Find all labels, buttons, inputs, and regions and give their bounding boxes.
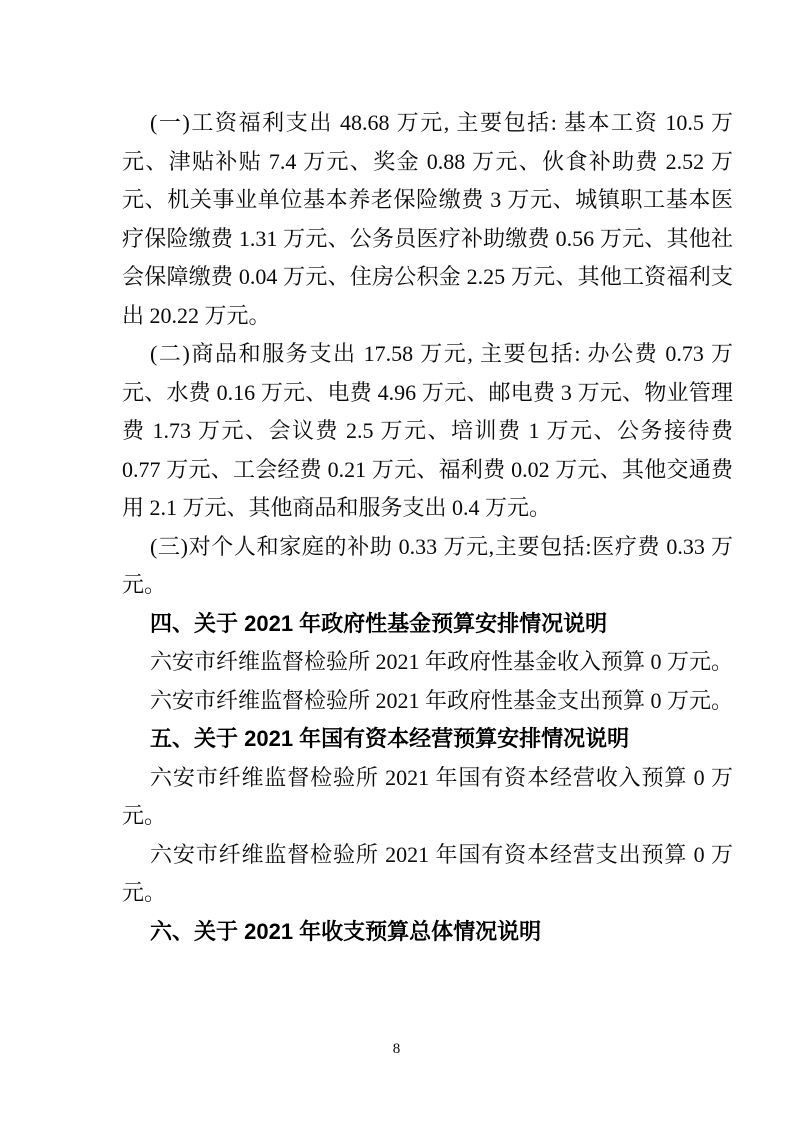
section-heading-government-fund-budget: 四、关于 2021 年政府性基金预算安排情况说明 [122, 605, 733, 644]
page-number: 8 [393, 1041, 401, 1057]
paragraph-goods-services-expense: (二)商品和服务支出 17.58 万元, 主要包括: 办公费 0.73 万元、水… [122, 335, 733, 528]
paragraph-state-capital-expenditure: 六安市纤维监督检验所 2021 年国有资本经营支出预算 0 万元。 [122, 836, 733, 913]
paragraph-government-fund-revenue: 六安市纤维监督检验所 2021 年政府性基金收入预算 0 万元。 [122, 643, 733, 682]
paragraph-individual-family-subsidy: (三)对个人和家庭的补助 0.33 万元,主要包括:医疗费 0.33 万元。 [122, 528, 733, 605]
paragraph-government-fund-expenditure: 六安市纤维监督检验所 2021 年政府性基金支出预算 0 万元。 [122, 682, 733, 721]
document-body: (一)工资福利支出 48.68 万元, 主要包括: 基本工资 10.5 万元、津… [122, 104, 733, 951]
page-footer: 8 [0, 1038, 793, 1060]
paragraph-state-capital-revenue: 六安市纤维监督检验所 2021 年国有资本经营收入预算 0 万元。 [122, 759, 733, 836]
section-heading-overall-budget: 六、关于 2021 年收支预算总体情况说明 [122, 913, 733, 952]
section-heading-state-capital-budget: 五、关于 2021 年国有资本经营预算安排情况说明 [122, 720, 733, 759]
paragraph-wage-welfare-expense: (一)工资福利支出 48.68 万元, 主要包括: 基本工资 10.5 万元、津… [122, 104, 733, 335]
document-page: (一)工资福利支出 48.68 万元, 主要包括: 基本工资 10.5 万元、津… [0, 0, 793, 1122]
